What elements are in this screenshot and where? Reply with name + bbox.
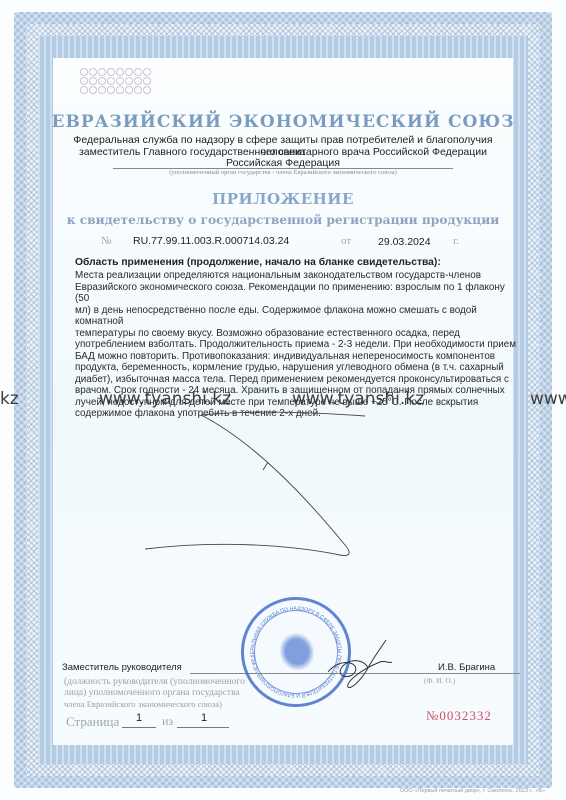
of-label: из <box>162 714 173 729</box>
page-total: 1 <box>201 712 207 724</box>
signatory-position: Заместитель руководителя <box>62 662 182 673</box>
position-caption-3: члена Евразийского экономического союза) <box>64 699 222 710</box>
page-label: Страница <box>66 714 119 730</box>
page-number-line <box>122 727 156 728</box>
page-number: 1 <box>136 712 142 724</box>
name-caption: (Ф. И. О.) <box>424 675 455 686</box>
page-total-line <box>177 727 229 728</box>
position-caption-2: лица) уполномоченного органа государства <box>64 688 240 699</box>
handwritten-signature <box>320 632 400 692</box>
position-caption-1: (должность руководителя (уполномоченного <box>64 677 245 688</box>
signatory-name: И.В. Брагина <box>438 662 495 673</box>
blank-serial-number: №0032332 <box>426 708 492 724</box>
printer-credit: ООО «Первый печатный двор», г. Смоленск,… <box>400 788 545 794</box>
